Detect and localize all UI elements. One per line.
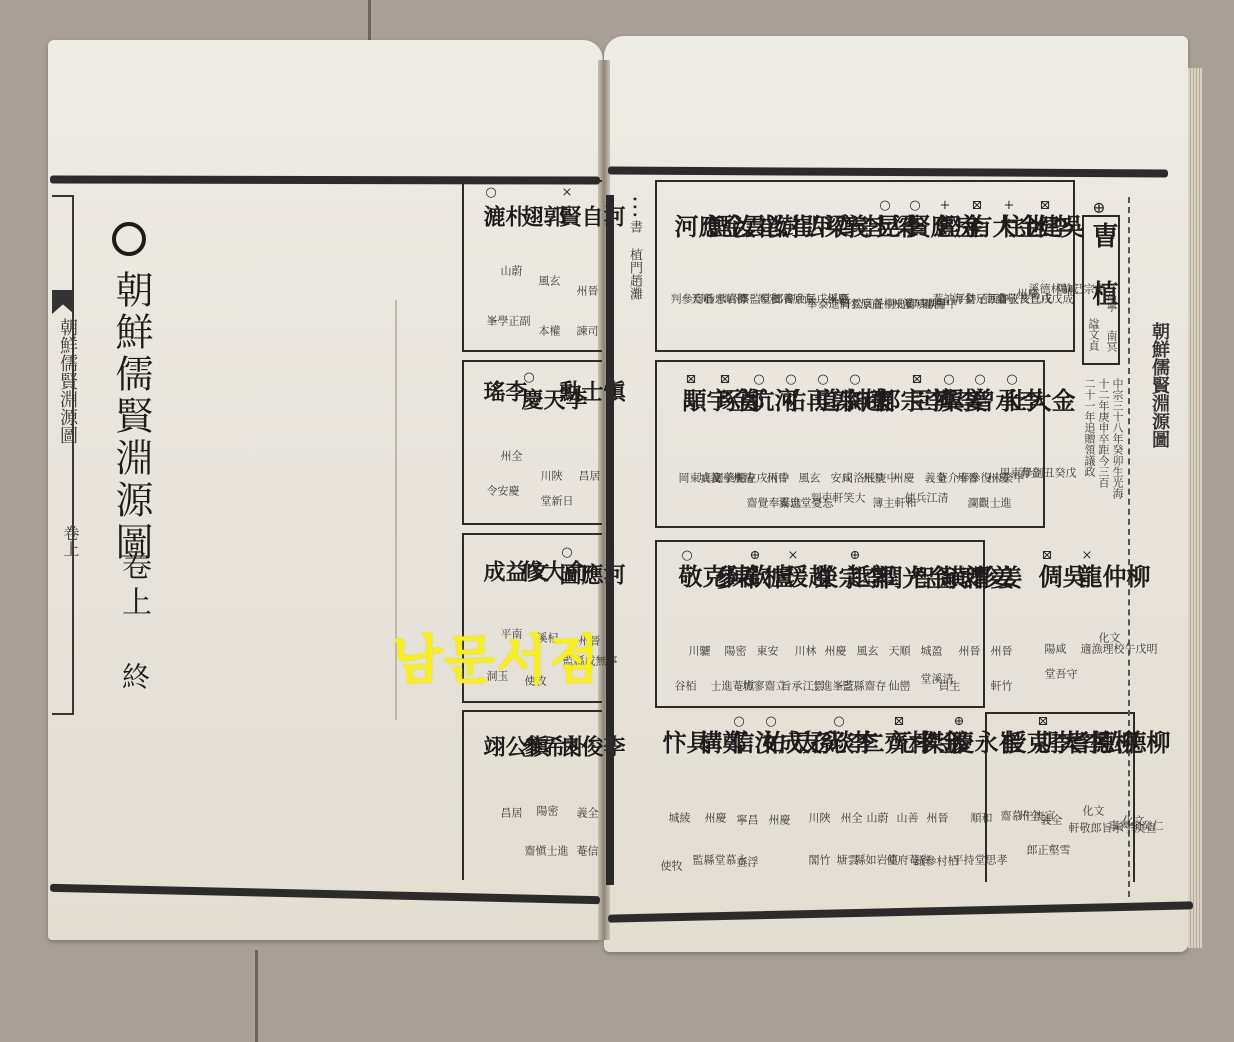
- entry-name: 具 忭: [660, 730, 708, 755]
- entry-mark: ○: [560, 545, 574, 560]
- entry-mark: ○: [973, 372, 987, 387]
- entry-origin: 全義: [576, 807, 598, 818]
- entry-mark: ○: [848, 372, 862, 387]
- spine-title: 朝鮮儒賢淵源圖: [58, 318, 76, 444]
- entry-note: 晉州: [926, 812, 948, 823]
- entry-note: 善山: [896, 812, 918, 823]
- entry-origin: 玄風: [538, 275, 560, 286]
- header-note-3: 二十一年追贈領議政: [1084, 378, 1095, 477]
- entry-note: 昌寧: [736, 814, 758, 825]
- entry-note: 慶州: [768, 814, 790, 825]
- entry-note: 明戊午校理 漁適: [1080, 643, 1157, 654]
- header-note-1: 中宗三十八年癸卯生光海: [1112, 378, 1123, 499]
- entry-origin: 全州: [500, 450, 522, 461]
- entry-mark: ×: [560, 185, 574, 200]
- entry-mark: ⊠: [1038, 198, 1052, 213]
- entry-note: 玄風: [798, 472, 820, 483]
- entry-note: 和軒 主簿: [872, 497, 916, 508]
- page-edge-stack: [1188, 68, 1202, 948]
- entry-note: 宣庚子承旨郎 敬軒: [1068, 822, 1156, 833]
- entry-note: 蔚山: [866, 812, 888, 823]
- entry-note: 慶州: [704, 812, 726, 823]
- entry-note: 玄風: [856, 645, 878, 656]
- entry-name: 李 瑤: [482, 380, 526, 403]
- spine-border: [52, 195, 74, 715]
- entry-origin: 晉州: [576, 285, 598, 296]
- entry-note: 司諫: [576, 325, 598, 336]
- table-seam-top: [368, 0, 371, 40]
- entry-note: 日新堂: [540, 495, 573, 506]
- entry-note: 雪壑 正郎: [1026, 844, 1070, 855]
- entry-mark: ⊠: [1036, 714, 1050, 729]
- book-title: 朝鮮儒賢淵源圖: [112, 270, 150, 564]
- entry-name: 文益成: [482, 560, 548, 583]
- entry-note: 綾城: [668, 812, 690, 823]
- entry-mark: ⊠: [718, 372, 732, 387]
- entry-note: 順天: [888, 645, 910, 656]
- entry-note: 林川: [794, 645, 816, 656]
- entry-mark: ○: [878, 198, 892, 213]
- entry-mark: ○: [484, 185, 498, 200]
- header-note-2: 十二年庚申卒距今三百: [1098, 378, 1109, 488]
- entry-note: 宣庚午 慕齋: [1000, 810, 1055, 821]
- dot-marks: •••: [628, 196, 639, 220]
- entry-name: 朴 漉: [482, 205, 526, 228]
- entry-note: 密陽: [724, 645, 746, 656]
- entry-mark: ⊕: [848, 548, 862, 563]
- table-seam-bottom: [255, 950, 258, 1042]
- entry-mark: ○: [832, 714, 846, 729]
- entry-mark: ⊠: [684, 372, 698, 387]
- entry-name: 吳 倜: [1036, 564, 1084, 589]
- volume-label: 卷上: [118, 550, 148, 622]
- entry-origin: 居昌: [500, 807, 522, 818]
- entry-note: 永慕堂 縣監: [692, 854, 747, 865]
- circle-mark-icon: [112, 222, 146, 256]
- entry-note: 愼菴 進士: [710, 680, 754, 691]
- entry-note: 晉州: [990, 645, 1012, 656]
- entry-origin: 密陽: [536, 805, 558, 816]
- entry-name: 陳克敬: [676, 564, 748, 589]
- entry-note: 中癸未復參奉 介菴: [936, 472, 1024, 483]
- inner-border-bar: [606, 195, 614, 885]
- entry-note: 陜川: [540, 470, 562, 481]
- entry-note: 牧使: [660, 860, 682, 871]
- entry-mark: ⊠: [970, 198, 984, 213]
- entry-mark: ⊕: [952, 714, 966, 729]
- entry-mark: ×: [786, 548, 800, 563]
- entry-mark: ⊠: [910, 372, 924, 387]
- shop-watermark: 남문서점: [392, 618, 601, 693]
- entry-note: 竹軒: [990, 680, 1012, 691]
- entry-note: 守吾堂: [1044, 668, 1077, 679]
- entry-mark: ○: [784, 372, 798, 387]
- entry-note: 盈城: [920, 645, 942, 656]
- right-spine-title: 朝鮮儒賢淵源圖: [1150, 322, 1168, 448]
- entry-name: 愼公翊: [482, 735, 548, 758]
- header-ho: 南冥: [1106, 330, 1117, 352]
- header-title: 諡文貞: [1088, 318, 1099, 351]
- entry-note: 和順: [970, 812, 992, 823]
- entry-mark: ○: [752, 372, 766, 387]
- entry-note: 晉州: [958, 645, 980, 656]
- entry-note: 雲塘: [836, 854, 858, 865]
- entry-mark: +: [1002, 198, 1016, 213]
- entry-note: 信菴: [576, 845, 598, 856]
- entry-note: 進泰奉 覺齋: [746, 497, 801, 508]
- entry-origin: 蔚山: [500, 265, 522, 276]
- entry-mark: ○: [908, 198, 922, 213]
- header-origin: 昌寧: [1106, 290, 1117, 312]
- side-label: 書 植門趙灘: [628, 220, 641, 300]
- entry-mark: ⊕: [748, 548, 762, 563]
- entry-mark: +: [938, 198, 952, 213]
- entry-name: 河自賢: [558, 205, 624, 228]
- entry-mark: ○: [680, 548, 694, 563]
- entry-mark: ○: [732, 714, 746, 729]
- entry-note: 中庚子文貞 東岡: [678, 472, 755, 483]
- entry-note: 驪川: [688, 645, 710, 656]
- entry-note: 陜川: [808, 812, 830, 823]
- entry-note: 咸陽: [1044, 643, 1066, 654]
- entry-mark: ×: [1080, 548, 1094, 563]
- entry-note: 進士 觀瀾: [967, 497, 1011, 508]
- entry-note: 慶州: [824, 645, 846, 656]
- entry-mark: ⊠: [892, 714, 906, 729]
- entry-note: 巒仙: [888, 680, 910, 691]
- entry-note: 文化: [1098, 632, 1120, 643]
- spine-volume: 卷上: [62, 525, 78, 557]
- entry-note: 全義: [924, 472, 946, 483]
- entry-name: 李天慶: [520, 388, 586, 411]
- entry-note: 副正 學峯: [486, 315, 530, 326]
- entry-note: 文化: [1082, 805, 1104, 816]
- entry-note: 孝思堂 持平: [952, 854, 1007, 865]
- entry-mark: ○: [816, 372, 830, 387]
- entry-mark: ○: [942, 372, 956, 387]
- entry-note: 權本: [538, 325, 560, 336]
- entry-name: 金應河: [672, 214, 744, 239]
- entry-note: 清溪堂: [920, 673, 953, 684]
- entry-note: 進士 愼齋: [524, 845, 568, 856]
- entry-mark: ○: [1005, 372, 1019, 387]
- entry-note: 篁岩 如縣: [854, 854, 898, 865]
- entry-note: 栢谷: [674, 680, 696, 691]
- entry-origin: 居昌: [578, 470, 600, 481]
- entry-note: 全州: [840, 812, 862, 823]
- entry-note: 慶安令: [486, 485, 519, 496]
- entry-mark: ⊠: [1040, 548, 1054, 563]
- entry-note: 竹閣: [808, 854, 830, 865]
- fore-edge-border: [1128, 197, 1150, 897]
- entry-note: 忠心齋 參判: [670, 293, 725, 304]
- entry-name: 金宇顒: [680, 388, 752, 413]
- entry-note: 咸安: [830, 472, 852, 483]
- entry-mark: ○: [764, 714, 778, 729]
- end-mark: 終: [120, 662, 148, 690]
- entry-note: 安東: [756, 645, 778, 656]
